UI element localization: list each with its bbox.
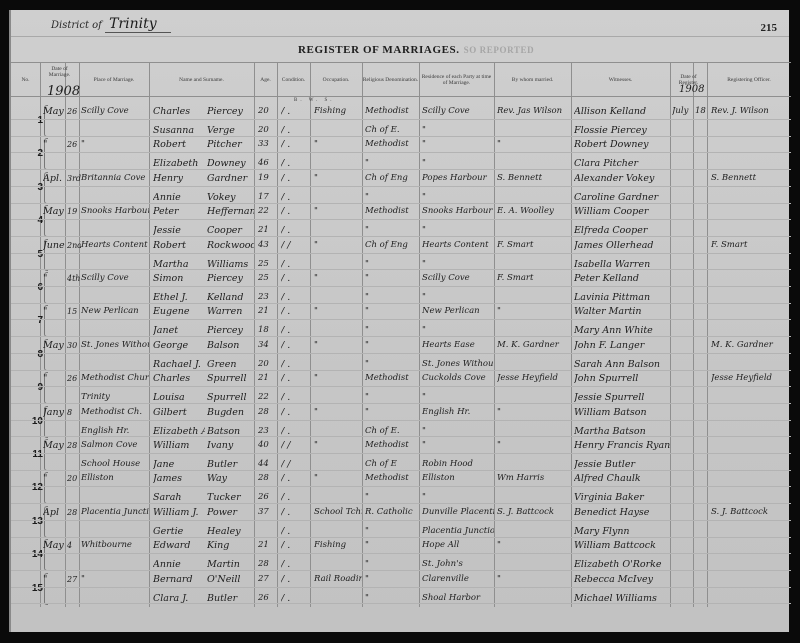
col-header-residence: Residence of each Party at time of Marri… (419, 66, 494, 94)
register-page: District of Trinity 215 REGISTER OF MARR… (9, 10, 789, 632)
table-row: 3 Apl. 3rd Britannia Cove Henry Gardner … (11, 169, 791, 207)
entry-number: 14 (29, 549, 43, 560)
col-header-married-by: By whom married. (494, 66, 571, 94)
table-row: 5 June 2nd Hearts Content Robert Rockwoo… (11, 236, 791, 274)
row-rule (11, 336, 791, 337)
col-header-registering-officer: Registering Officer. (707, 66, 791, 94)
entry-number: 11 (29, 449, 43, 460)
row-rule (11, 370, 791, 371)
bride-religion: " (365, 589, 419, 608)
district-value: Trinity (105, 16, 171, 33)
table-row: 2 " 26 " Robert Pitcher Elizabeth Downey… (11, 135, 791, 173)
col-header-religion: Religious Denomination. (362, 66, 419, 94)
table-row: 11 May 28 Salmon Cove School House Willi… (11, 436, 791, 474)
district-line: District of Trinity (51, 16, 171, 32)
row-rule (11, 537, 791, 538)
row-rule (11, 587, 791, 588)
col-header-condition: Condition. (277, 66, 310, 94)
entry-number: 6 (29, 282, 43, 293)
district-label: District of (51, 20, 102, 31)
table-row: 15 " 27 " Bernard O'Neill Clara J. Butle… (11, 570, 791, 608)
entry-number: 5 (29, 249, 43, 260)
entry-number: 7 (29, 315, 43, 326)
row-rule (11, 303, 791, 304)
year-marriage: 1908 (47, 84, 80, 99)
register-table: No. Date of Marriage. Place of Marriage.… (11, 62, 791, 607)
entry-number: 1 (29, 115, 43, 126)
entry-number: 10 (29, 416, 43, 427)
row-rule (11, 236, 791, 237)
row-rule (11, 269, 791, 270)
col-header-place: Place of Marriage. (79, 66, 149, 94)
row-rule (11, 169, 791, 170)
table-row: 10 Jany 8 Methodist Ch. English Hr. Gilb… (11, 403, 791, 441)
row-rule (11, 503, 791, 504)
page-title: REGISTER OF MARRIAGES.SO REPORTED (298, 44, 534, 56)
col-header-age: Age. (254, 66, 277, 94)
entry-number: 9 (29, 382, 43, 393)
table-row: 6 " 4th Scilly Cove Simon Piercey Ethel … (11, 269, 791, 307)
col-header-witnesses: Witnesses. (571, 66, 670, 94)
row-rule (11, 420, 791, 421)
witness-2: Michael Williams (574, 589, 670, 608)
row-rule (11, 386, 791, 387)
row-rule (11, 520, 791, 521)
row-rule (11, 486, 791, 487)
row-rule (11, 453, 791, 454)
table-row: 8 May 30 St. Jones Without George Balson… (11, 336, 791, 374)
row-rule (11, 219, 791, 220)
row-rule (11, 136, 791, 137)
table-row: 4 May 19 Snooks Harbour Peter Heffernan … (11, 202, 791, 240)
bride-age: 26 (258, 589, 276, 608)
entry-number: 13 (29, 516, 43, 527)
row-rule (11, 253, 791, 254)
row-rule (11, 553, 791, 554)
entry-number: 8 (29, 349, 43, 360)
row-rule (11, 353, 791, 354)
row-rule (11, 570, 791, 571)
row-rule (11, 203, 791, 204)
row-rule (11, 403, 791, 404)
place-of-marriage-2 (81, 589, 149, 608)
year-register: 1908 (679, 84, 704, 95)
row-rule (11, 436, 791, 437)
row-rule (11, 319, 791, 320)
bride-first-name: Clara J. (153, 589, 205, 608)
table-row: 12 " 20 Elliston James Way Sarah Tucker … (11, 469, 791, 507)
table-row: 13 Apl 28 Placentia Junction William J. … (11, 503, 791, 541)
table-row: 9 " 26 Methodist Church Trinity Charles … (11, 369, 791, 407)
entry-number: 12 (29, 482, 43, 493)
table-row: 1 May 26 Scilly Cove Charles Piercey Sus… (11, 102, 791, 140)
bride-condition: / . (281, 589, 309, 608)
title-text: REGISTER OF MARRIAGES. (298, 44, 460, 56)
entry-number: 3 (29, 182, 43, 193)
row-rule (11, 119, 791, 120)
table-row: 7 " 15 New Perlican Eugene Warren Janet … (11, 302, 791, 340)
row-rule (11, 152, 791, 153)
bride-surname: Butler (207, 589, 254, 608)
col-header-no: No. (11, 66, 40, 94)
divider (11, 36, 789, 37)
col-header-occupation: Occupation. (310, 66, 362, 94)
row-rule (11, 470, 791, 471)
row-rule (11, 186, 791, 187)
table-row: 14 May 4 Whitbourne Edward King Annie Ma… (11, 536, 791, 574)
entry-number: 4 (29, 215, 43, 226)
col-header-name: Name and Surname. (149, 66, 254, 94)
entry-number: 15 (29, 583, 43, 594)
entry-number: 2 (29, 148, 43, 159)
bride-residence: Shoal Harbor (422, 589, 494, 608)
page-number: 215 (761, 22, 778, 34)
row-rule (11, 603, 791, 604)
row-rule (11, 286, 791, 287)
title-faint-stamp: SO REPORTED (464, 45, 535, 55)
